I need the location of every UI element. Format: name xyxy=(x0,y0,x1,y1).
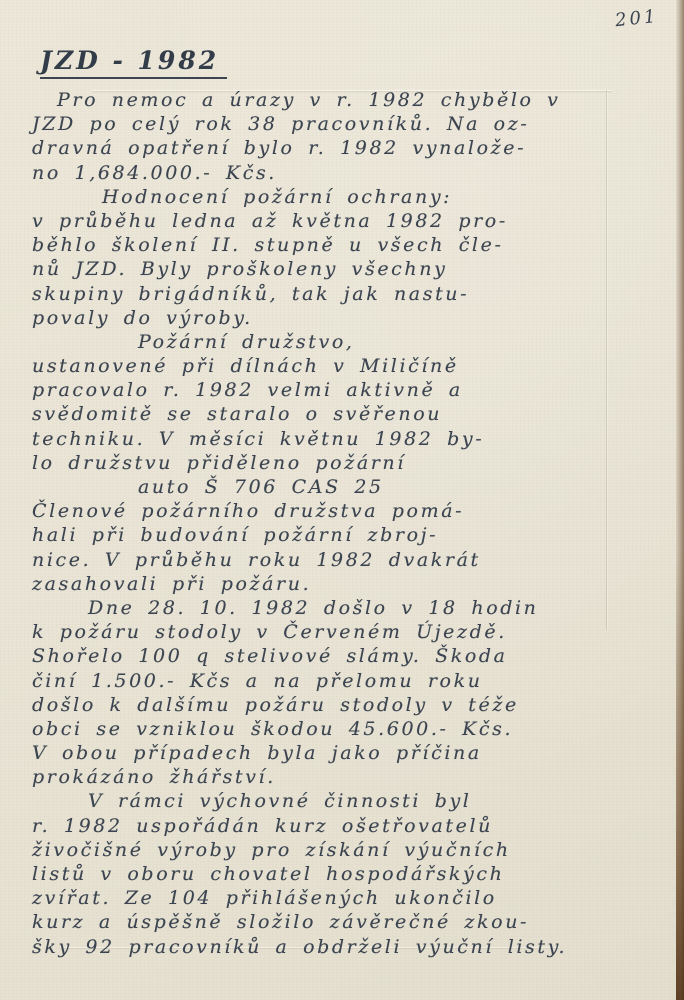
text-line: živočišné výroby pro získání výučních xyxy=(32,838,567,862)
text-line: nice. V průběhu roku 1982 dvakrát xyxy=(32,548,567,572)
page-title: JZD - 1982 xyxy=(40,46,227,79)
scanned-page: 201 JZD - 1982 Pro nemoc a úrazy v r. 19… xyxy=(0,0,684,1000)
text-line: dravná opatření bylo r. 1982 vynalože- xyxy=(32,136,567,160)
text-line: JZD po celý rok 38 pracovníků. Na oz- xyxy=(32,112,567,136)
text-line: zvířat. Ze 104 přihlášených ukončilo xyxy=(32,886,567,910)
text-line: Dne 28. 10. 1982 došlo v 18 hodin xyxy=(32,596,567,620)
text-line: zasahovali při požáru. xyxy=(32,572,567,596)
text-line: obci se vzniklou škodou 45.600.- Kčs. xyxy=(32,717,567,741)
text-line: listů v oboru chovatel hospodářských xyxy=(32,862,567,886)
text-line: povaly do výroby. xyxy=(32,306,567,330)
text-line: auto Š 706 CAS 25 xyxy=(32,475,567,499)
text-line: k požáru stodoly v Červeném Újezdě. xyxy=(32,620,567,644)
text-line: v průběhu ledna až května 1982 pro- xyxy=(32,209,567,233)
text-line: činí 1.500.- Kčs a na přelomu roku xyxy=(32,669,567,693)
text-line: techniku. V měsíci květnu 1982 by- xyxy=(32,427,567,451)
text-line: skupiny brigádníků, tak jak nastu- xyxy=(32,282,567,306)
page-edge-shadow xyxy=(676,0,684,1000)
text-line: Požární družstvo, xyxy=(32,330,567,354)
text-line: hali při budování požární zbroj- xyxy=(32,523,567,547)
text-line: ustanovené při dílnách v Miličíně xyxy=(32,354,567,378)
text-line: pracovalo r. 1982 velmi aktivně a xyxy=(32,378,567,402)
text-line: V rámci výchovné činnosti byl xyxy=(32,789,567,813)
text-line: Členové požárního družstva pomá- xyxy=(32,499,567,523)
text-line: šky 92 pracovníků a obdrželi výuční list… xyxy=(32,935,567,959)
text-line: Pro nemoc a úrazy v r. 1982 chybělo v xyxy=(32,88,567,112)
page-number: 201 xyxy=(614,6,659,31)
text-line: Hodnocení požární ochrany: xyxy=(32,185,567,209)
document-body: Pro nemoc a úrazy v r. 1982 chybělo vJZD… xyxy=(32,88,567,959)
text-line: V obou případech byla jako příčina xyxy=(32,741,567,765)
text-line: r. 1982 uspořádán kurz ošetřovatelů xyxy=(32,814,567,838)
text-line: běhlo školení II. stupně u všech čle- xyxy=(32,233,567,257)
text-line: nů JZD. Byly proškoleny všechny xyxy=(32,257,567,281)
text-line: Shořelo 100 q stelivové slámy. Škoda xyxy=(32,644,567,668)
text-line: no 1,684.000.- Kčs. xyxy=(32,161,567,185)
text-line: lo družstvu přiděleno požární xyxy=(32,451,567,475)
paper-crease-vertical xyxy=(606,90,607,630)
text-line: svědomitě se staralo o svěřenou xyxy=(32,402,567,426)
text-line: prokázáno žhářství. xyxy=(32,765,567,789)
text-line: kurz a úspěšně složilo závěrečné zkou- xyxy=(32,910,567,934)
text-line: došlo k dalšímu požáru stodoly v téže xyxy=(32,693,567,717)
